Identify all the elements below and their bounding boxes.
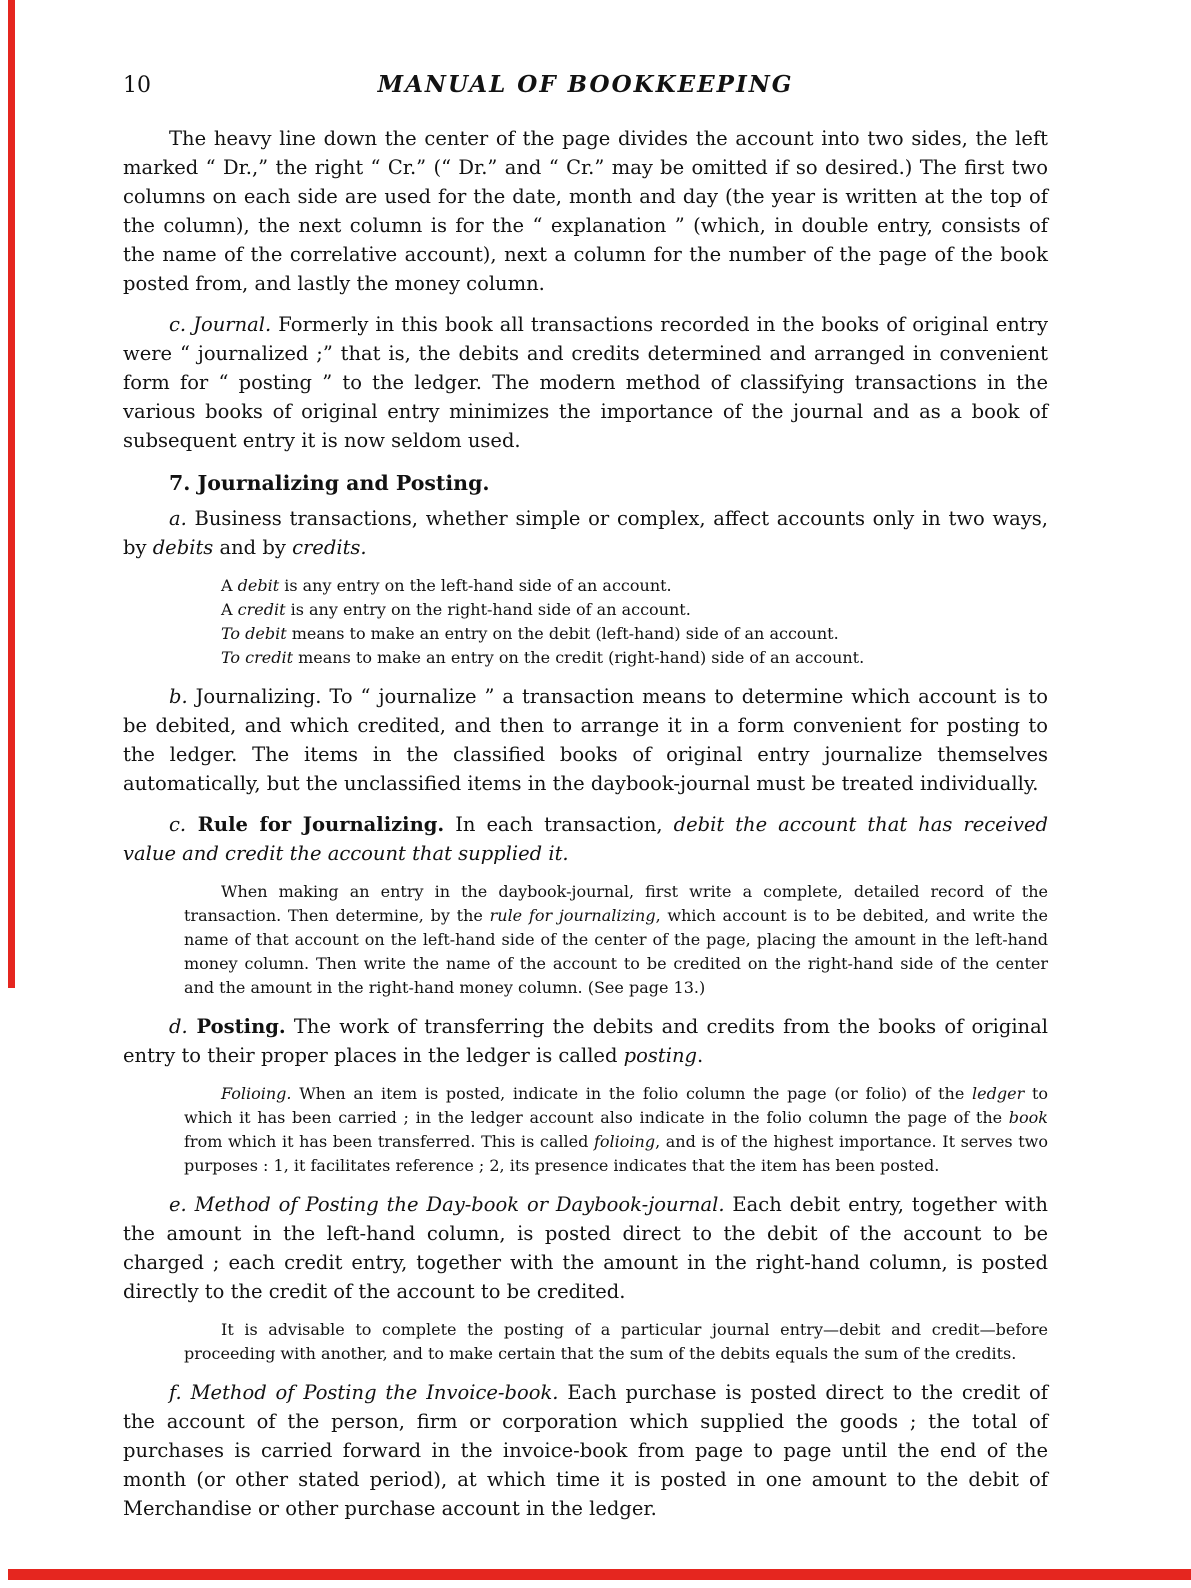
definitions-block: A debit is any entry on the left-hand si… bbox=[221, 574, 1048, 670]
text-run: A bbox=[221, 600, 238, 619]
note-posting-advice: It is advisable to complete the posting … bbox=[184, 1318, 1048, 1366]
italic-term: ledger bbox=[972, 1084, 1024, 1103]
note-folioing: Folioing. When an item is posted, indica… bbox=[184, 1082, 1048, 1178]
italic-term: To debit bbox=[221, 624, 287, 643]
definition-line-to-debit: To debit means to make an entry on the d… bbox=[221, 622, 1048, 646]
page-content: 10 MANUAL OF BOOKKEEPING The heavy line … bbox=[123, 70, 1048, 1535]
book-title: MANUAL OF BOOKKEEPING bbox=[253, 70, 918, 99]
paragraph-a: a. Business transactions, whether simple… bbox=[123, 504, 1048, 562]
paragraph-b-journalizing: b. Journalizing. To “ journalize ” a tra… bbox=[123, 682, 1048, 798]
italic-term: Folioing. bbox=[221, 1084, 291, 1103]
section-label: a. bbox=[169, 507, 187, 530]
section-heading-7: 7. Journalizing and Posting. bbox=[123, 469, 1048, 498]
paragraph-e-daybook: e. Method of Posting the Day-book or Day… bbox=[123, 1190, 1048, 1306]
italic-term: folioing bbox=[594, 1132, 655, 1151]
paragraph-f-invoice-book: f. Method of Posting the Invoice-book. E… bbox=[123, 1378, 1048, 1523]
text-run: Journalizing. To “ journalize ” a transa… bbox=[123, 685, 1048, 795]
definition-line-to-credit: To credit means to make an entry on the … bbox=[221, 646, 1048, 670]
italic-term: posting bbox=[624, 1044, 697, 1067]
text-run: and by bbox=[213, 536, 292, 559]
red-margin-line-left bbox=[8, 0, 15, 988]
text-run: from which it has been transferred. This… bbox=[184, 1132, 594, 1151]
italic-term: credits. bbox=[292, 536, 367, 559]
page-header: 10 MANUAL OF BOOKKEEPING bbox=[123, 70, 1048, 100]
section-label: f. Method of Posting the Invoice-book. bbox=[169, 1381, 558, 1404]
text-run: In each transaction, bbox=[444, 813, 673, 836]
text-run: means to make an entry on the credit (ri… bbox=[293, 648, 864, 667]
section-label: b. bbox=[169, 685, 188, 708]
note-rule-procedure: When making an entry in the daybook-jour… bbox=[184, 880, 1048, 1000]
section-label: c. Journal. bbox=[169, 313, 271, 336]
section-label: d. bbox=[169, 1015, 188, 1038]
definition-line-debit: A debit is any entry on the left-hand si… bbox=[221, 574, 1048, 598]
italic-term: To credit bbox=[221, 648, 293, 667]
text-run: The heavy line down the center of the pa… bbox=[123, 127, 1048, 295]
bold-term: Posting. bbox=[188, 1015, 286, 1038]
paragraph-c-journal: c. Journal. Formerly in this book all tr… bbox=[123, 310, 1048, 455]
paragraph-d-posting: d. Posting. The work of transferring the… bbox=[123, 1012, 1048, 1070]
text-run: is any entry on the left-hand side of an… bbox=[279, 576, 672, 595]
paragraph-intro: The heavy line down the center of the pa… bbox=[123, 124, 1048, 298]
heading-text: 7. Journalizing and Posting. bbox=[169, 471, 490, 495]
italic-term: book bbox=[1009, 1108, 1048, 1127]
page-number: 10 bbox=[123, 71, 253, 100]
text-run: is any entry on the right-hand side of a… bbox=[286, 600, 691, 619]
bold-term: Rule for Journalizing. bbox=[186, 813, 444, 836]
text-run: A bbox=[221, 576, 238, 595]
paragraph-c-rule: c. Rule for Journalizing. In each transa… bbox=[123, 810, 1048, 868]
italic-term: debit bbox=[238, 576, 280, 595]
italic-term: credit bbox=[238, 600, 286, 619]
text-run: means to make an entry on the debit (lef… bbox=[287, 624, 839, 643]
definition-line-credit: A credit is any entry on the right-hand … bbox=[221, 598, 1048, 622]
text-run: It is advisable to complete the posting … bbox=[184, 1320, 1048, 1363]
text-run: When an item is posted, indicate in the … bbox=[291, 1084, 972, 1103]
section-label: e. Method of Posting the Day-book or Day… bbox=[169, 1193, 725, 1216]
red-margin-line-bottom bbox=[8, 1569, 1191, 1580]
book-page: 10 MANUAL OF BOOKKEEPING The heavy line … bbox=[0, 0, 1191, 1588]
italic-term: rule for journalizing bbox=[490, 906, 656, 925]
text-run: . bbox=[697, 1044, 703, 1067]
section-label: c. bbox=[169, 813, 186, 836]
italic-term: debits bbox=[153, 536, 214, 559]
